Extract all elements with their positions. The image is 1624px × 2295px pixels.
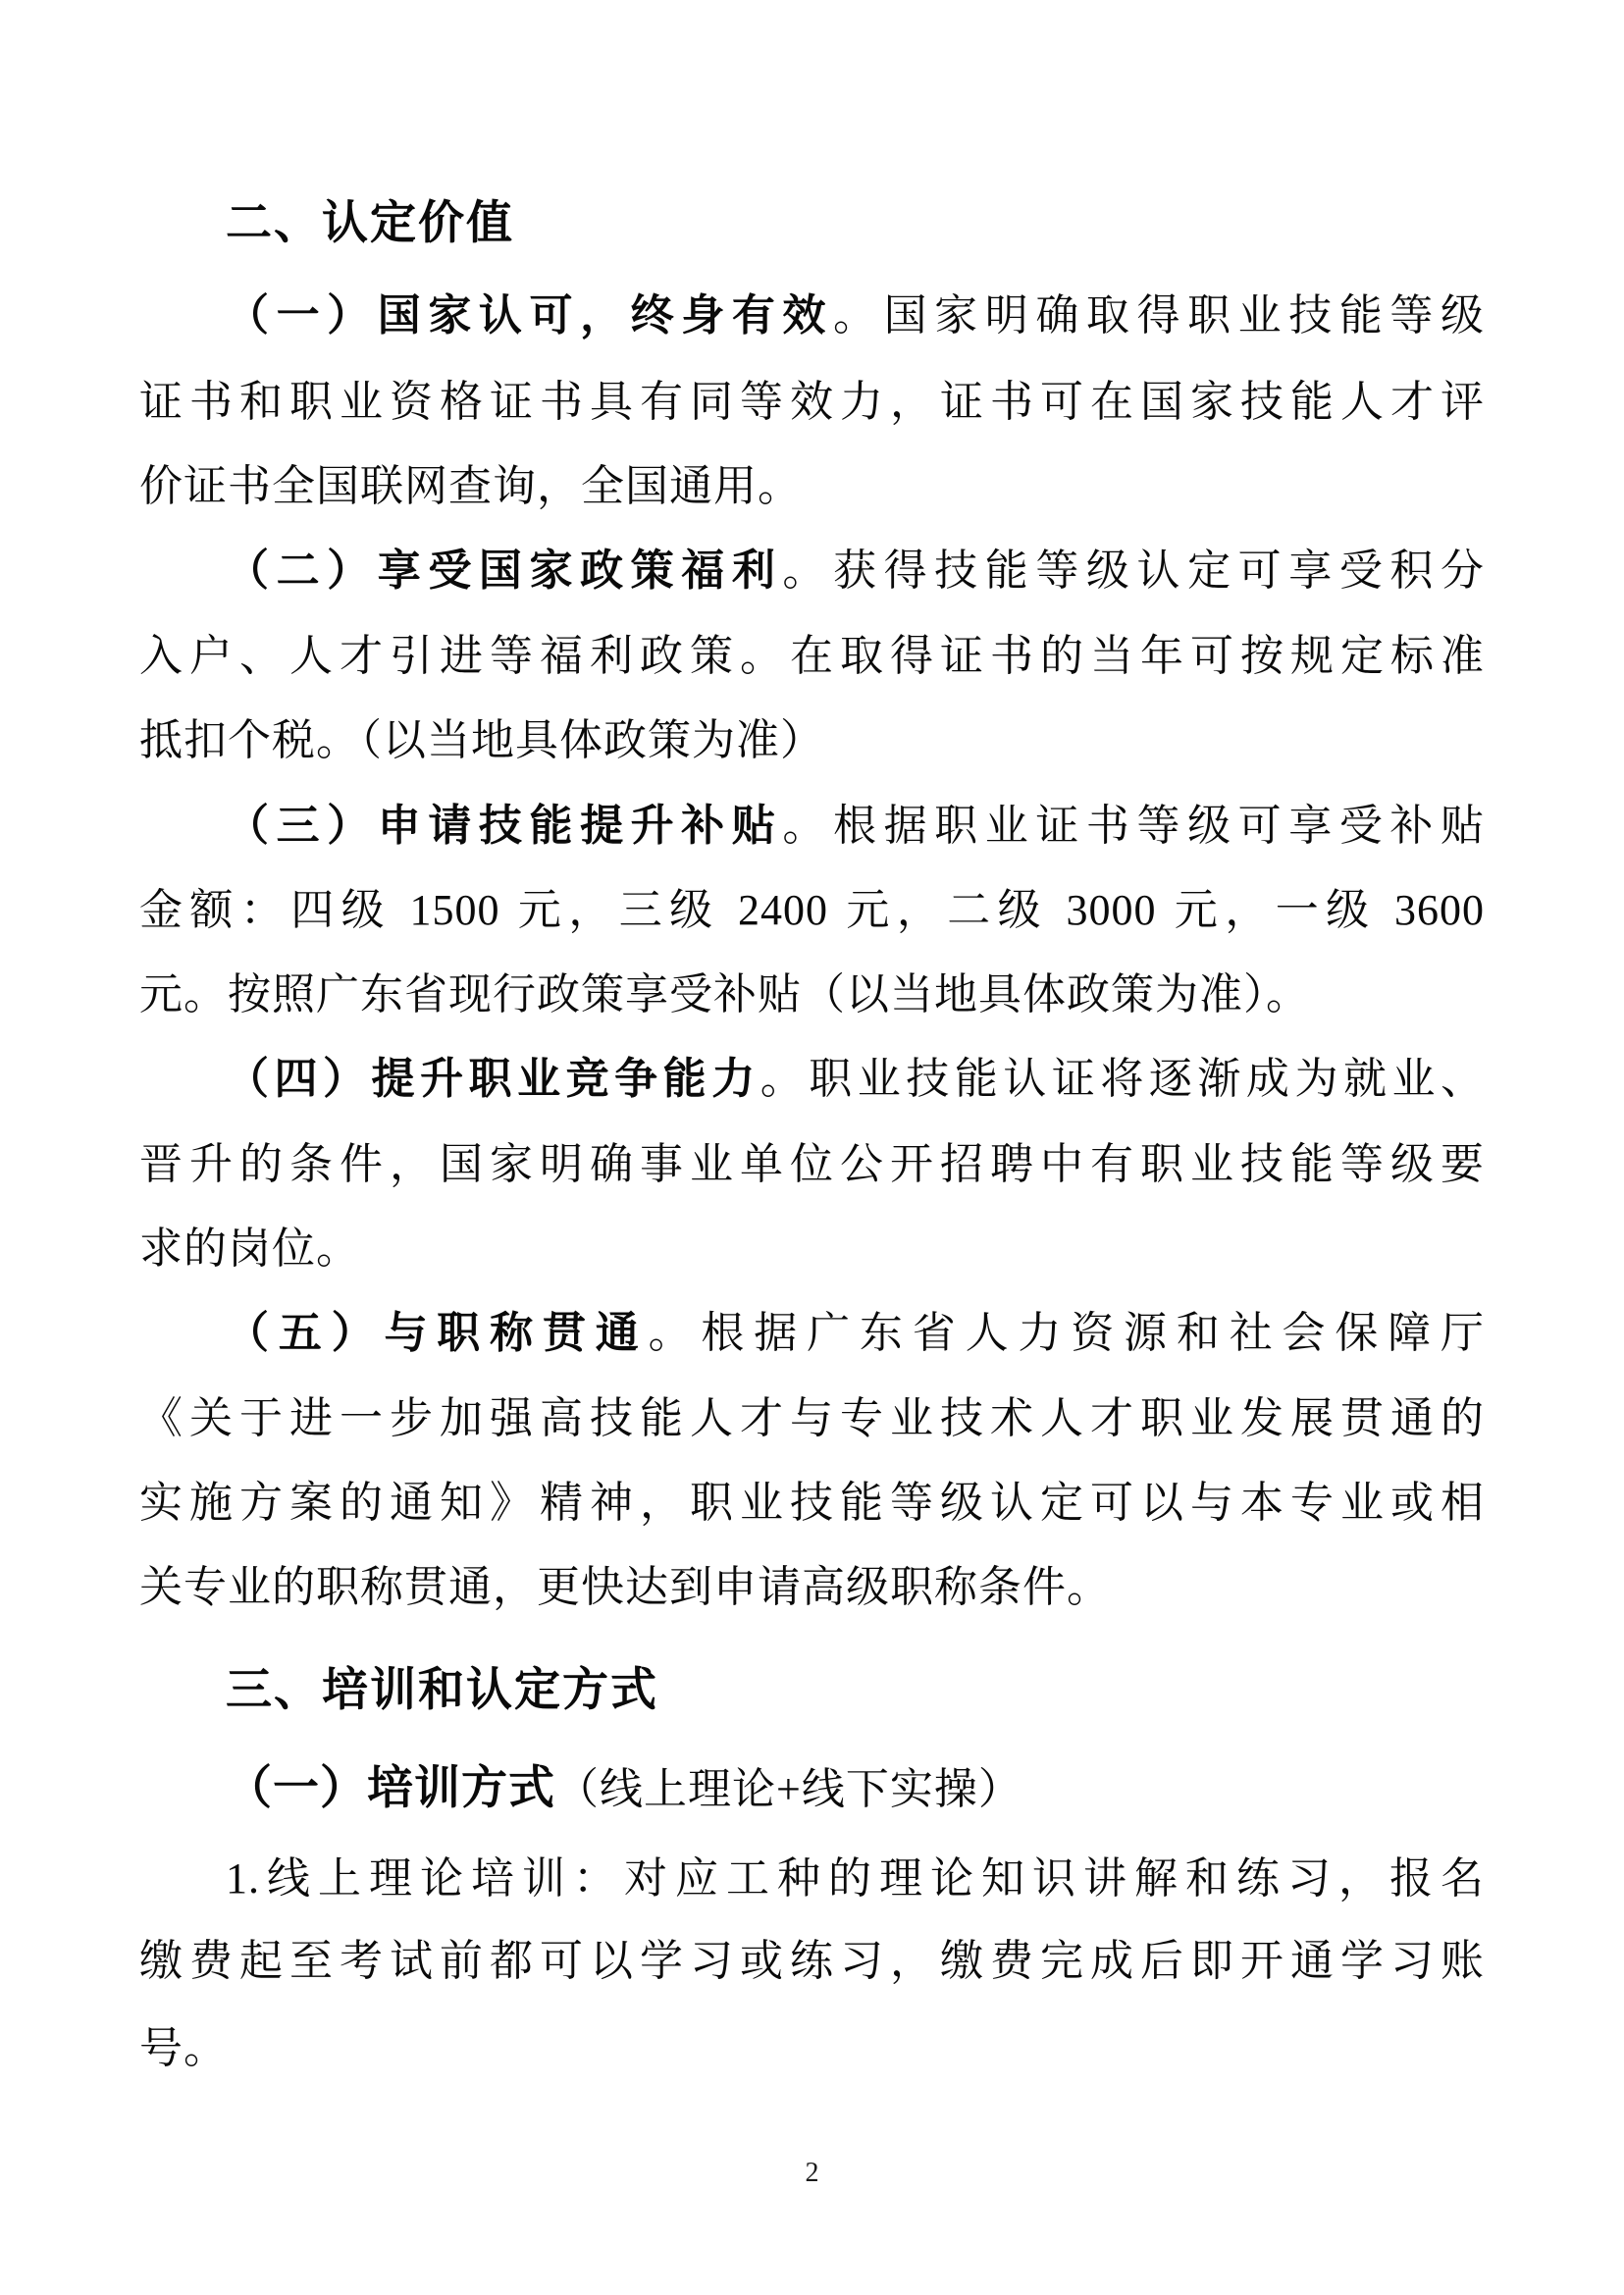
emphasis-run: （一）培训方式 [226,1761,555,1813]
text-run: 。根据职业证书等级可享受补贴 [782,802,1485,850]
body-line: 晋升的条件，国家明确事业单位公开招聘中有职业技能等级要 [139,1134,1485,1195]
section-heading-2: 二、认定价值 [139,192,1485,253]
text-run: （线上理论+线下实操） [555,1765,1022,1813]
body-line: （四）提升职业竞争能力。职业技能认证将逐渐成为就业、 [139,1049,1485,1110]
emphasis-run: （五）与职称贯通 [226,1309,649,1357]
body-line: （三）申请技能提升补贴。根据职业证书等级可享受补贴 [139,796,1485,857]
body-line: 抵扣个税。（以当地具体政策为准） [139,710,1485,771]
emphasis-run: （三）申请技能提升补贴 [226,802,782,850]
body-line: 1.线上理论培训：对应工种的理论知识讲解和练习，报名 [139,1849,1485,1909]
body-line: 证书和职业资格证书具有同等效力，证书可在国家技能人才评 [139,372,1485,433]
body-line: 缴费起至考试前都可以学习或练习，缴费完成后即开通学习账 [139,1931,1485,1992]
body-line: （五）与职称贯通。根据广东省人力资源和社会保障厅 [139,1303,1485,1364]
emphasis-run: （二）享受国家政策福利 [226,547,782,595]
subsection-heading: （一）培训方式（线上理论+线下实操） [139,1757,1485,1820]
body-line: 实施方案的通知》精神，职业技能等级认定可以与本专业或相 [139,1473,1485,1534]
body-line: 号。 [139,2018,1485,2079]
page-number: 2 [0,2157,1624,2190]
body-line: （二）享受国家政策福利。获得技能等级认定可享受积分 [139,541,1485,601]
emphasis-run: （一）国家认可，终身有效 [226,291,833,339]
text-run: 。根据广东省人力资源和社会保障厅 [649,1309,1485,1357]
section-heading-3: 三、培训和认定方式 [139,1659,1485,1720]
body-line: （一）国家认可，终身有效。国家明确取得职业技能等级 [139,286,1485,346]
document-page: 二、认定价值 （一）国家认可，终身有效。国家明确取得职业技能等级 证书和职业资格… [0,0,1624,2295]
text-run: 。职业技能认证将逐渐成为就业、 [760,1055,1485,1103]
body-line: 《关于进一步加强高技能人才与专业技术人才职业发展贯通的 [139,1388,1485,1449]
body-line: 价证书全国联网查询，全国通用。 [139,456,1485,517]
body-line: 关专业的职称贯通，更快达到申请高级职称条件。 [139,1557,1485,1618]
body-line-subsidy-amounts: 金额：四级 1500 元，三级 2400 元，二级 3000 元，一级 3600 [139,880,1485,941]
body-line: 入户、人才引进等福利政策。在取得证书的当年可按规定标准 [139,626,1485,687]
emphasis-run: （四）提升职业竞争能力 [226,1055,760,1103]
text-run: 。国家明确取得职业技能等级 [833,291,1485,339]
text-run: 。获得技能等级认定可享受积分 [782,547,1485,595]
body-line: 元。按照广东省现行政策享受补贴（以当地具体政策为准）。 [139,965,1485,1025]
body-line: 求的岗位。 [139,1219,1485,1279]
